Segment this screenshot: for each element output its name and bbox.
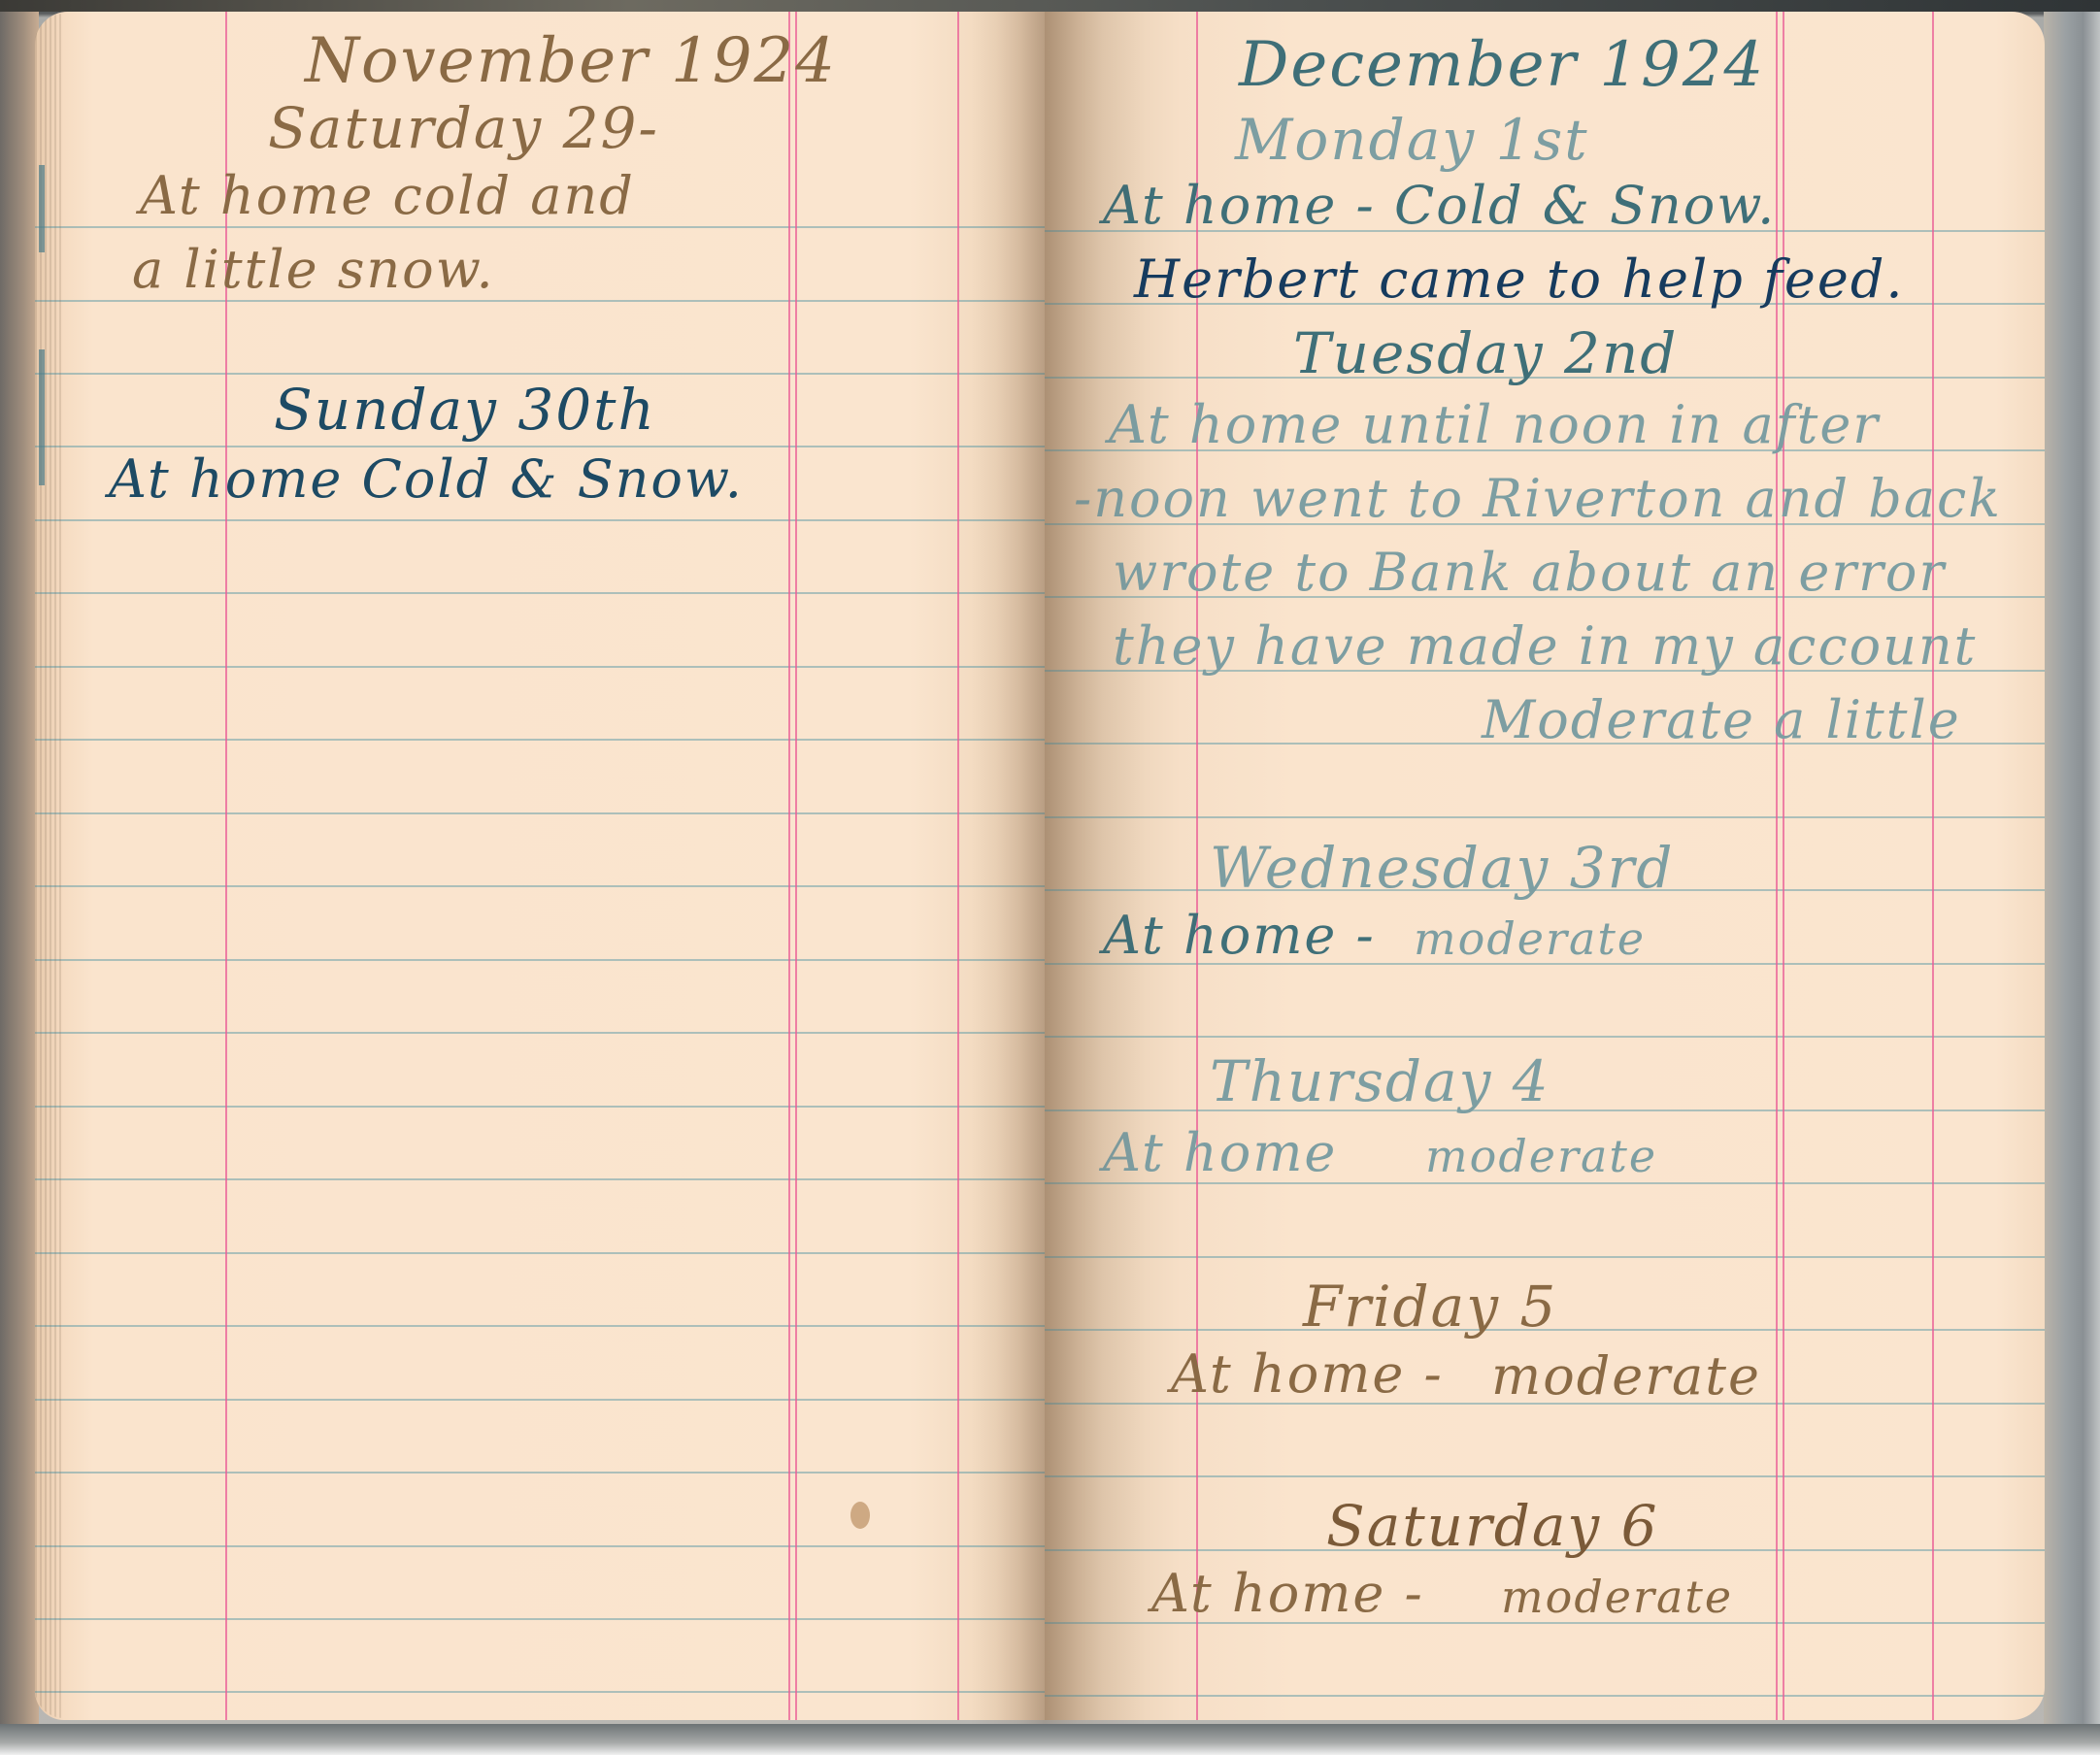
rule-line xyxy=(1045,1475,2045,1477)
rule-line xyxy=(35,885,1045,887)
entry-line: At home - Cold & Snow. xyxy=(1103,175,1776,236)
rule-line xyxy=(35,812,1045,814)
rule-line xyxy=(35,739,1045,741)
paper-stain xyxy=(850,1502,870,1529)
entry-line: moderate xyxy=(1414,912,1646,965)
rule-line xyxy=(35,300,1045,302)
rule-line xyxy=(35,519,1045,521)
rule-line xyxy=(1045,816,2045,818)
rule-line xyxy=(35,1106,1045,1108)
rule-line xyxy=(35,592,1045,594)
entry-line: wrote to Bank about an error xyxy=(1113,542,1946,603)
rule-line xyxy=(35,446,1045,447)
entry-line: At home - xyxy=(1103,905,1376,966)
entry-day-heading: Thursday 4 xyxy=(1210,1048,1550,1114)
rule-line xyxy=(35,1472,1045,1474)
rule-line xyxy=(35,1178,1045,1180)
entry-line: At home - xyxy=(1151,1563,1424,1624)
entry-day-heading: Monday 1st xyxy=(1235,107,1589,173)
rule-line xyxy=(35,1032,1045,1034)
rule-line xyxy=(35,666,1045,668)
rule-line xyxy=(35,959,1045,961)
rule-line xyxy=(35,373,1045,375)
entry-line: moderate xyxy=(1501,1571,1733,1623)
entry-day-heading: Tuesday 2nd xyxy=(1293,320,1678,386)
book-cover-bottom-edge xyxy=(0,1724,2100,1755)
book-cover-top-edge xyxy=(0,0,2100,12)
entry-line: -noon went to Riverton and back xyxy=(1074,468,2002,529)
entry-line: At home - xyxy=(1171,1343,1444,1405)
entry-line: a little snow. xyxy=(132,239,495,300)
rule-line xyxy=(35,1691,1045,1693)
entry-line: Herbert came to help feed. xyxy=(1134,248,1905,310)
entry-line: At home Cold & Snow. xyxy=(109,448,744,510)
rule-line xyxy=(1045,1695,2045,1697)
month-header: November 1924 xyxy=(305,25,837,97)
page-edge-mark xyxy=(39,349,45,485)
column-line xyxy=(1932,12,1934,1720)
entry-line: moderate xyxy=(1425,1130,1657,1182)
rule-line xyxy=(35,1399,1045,1401)
rule-line xyxy=(35,226,1045,228)
entry-line: At home xyxy=(1103,1122,1337,1183)
rule-line xyxy=(1045,1256,2045,1258)
entry-day-heading: Friday 5 xyxy=(1303,1274,1557,1340)
rule-line xyxy=(1045,1036,2045,1038)
rule-line xyxy=(35,1325,1045,1327)
entry-day-heading: Saturday 29- xyxy=(268,95,659,161)
book-cover-right-edge xyxy=(2044,12,2100,1728)
entry-line: they have made in my account xyxy=(1113,615,1977,677)
page-stack-edges xyxy=(35,14,64,1718)
entry-line: At home until noon in after xyxy=(1109,394,1880,455)
rule-line xyxy=(35,1252,1045,1254)
column-line xyxy=(788,12,790,1720)
entry-day-heading: Saturday 6 xyxy=(1326,1493,1659,1559)
diary-page-left: November 1924 Saturday 29- At home cold … xyxy=(35,12,1045,1720)
entry-line: moderate xyxy=(1491,1345,1761,1407)
entry-day-heading: Sunday 30th xyxy=(274,377,656,443)
diary-page-right: December 1924 Monday 1st At home - Cold … xyxy=(1045,12,2045,1720)
rule-line xyxy=(35,1545,1045,1547)
column-line xyxy=(795,12,797,1720)
entry-line: At home cold and xyxy=(140,165,635,226)
entry-day-heading: Wednesday 3rd xyxy=(1210,835,1674,901)
book-cover-left-edge xyxy=(0,12,39,1728)
page-edge-mark xyxy=(39,165,45,252)
column-line xyxy=(957,12,959,1720)
entry-line: Moderate a little xyxy=(1482,689,1961,750)
month-header: December 1924 xyxy=(1239,29,1765,101)
rule-line xyxy=(35,1618,1045,1620)
